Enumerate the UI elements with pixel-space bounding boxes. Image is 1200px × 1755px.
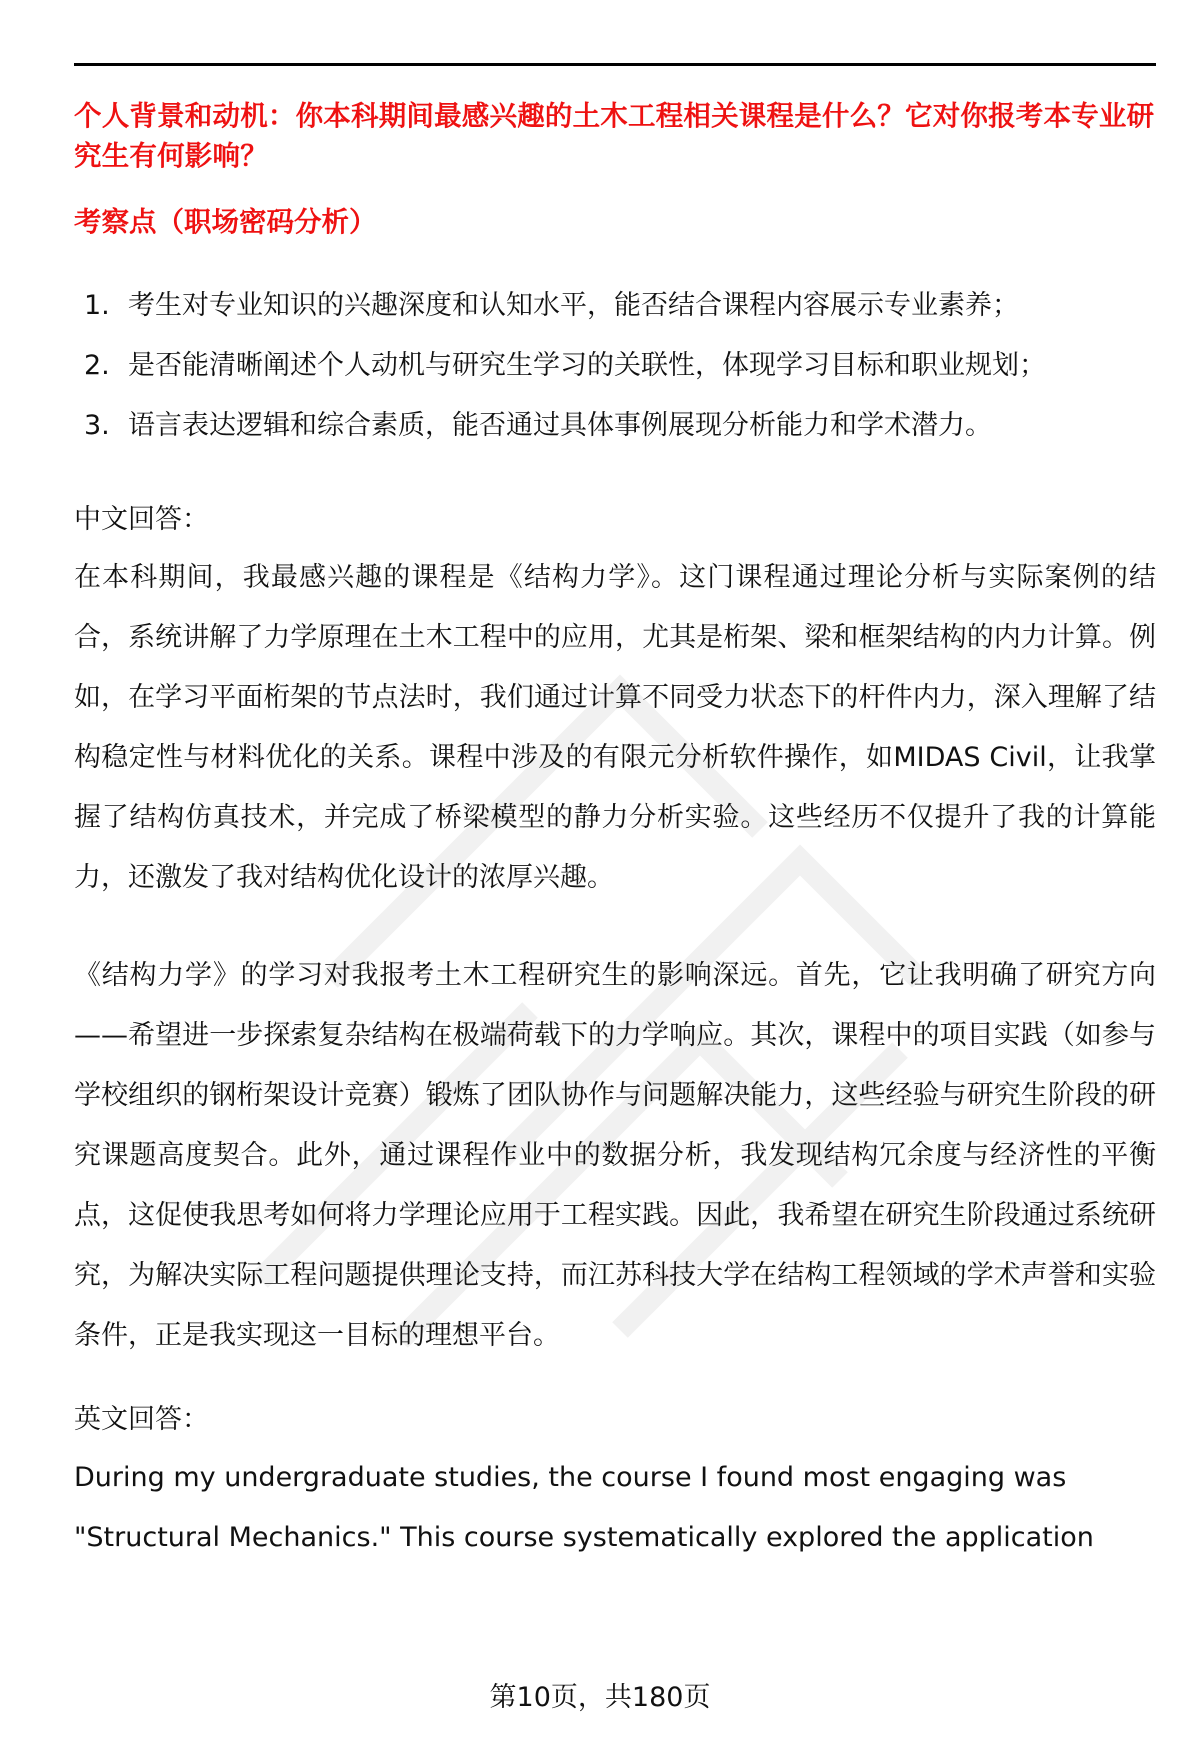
assessment-point: 1. 考生对专业知识的兴趣深度和认知水平，能否结合课程内容展示专业素养； bbox=[74, 276, 1156, 336]
chinese-answer-paragraph: 《结构力学》的学习对我报考土木工程研究生的影响深远。首先，它让我明确了研究方向—… bbox=[74, 946, 1156, 1366]
english-answer-line: During my undergraduate studies, the cou… bbox=[74, 1448, 1156, 1508]
assessment-point-text: 考生对专业知识的兴趣深度和认知水平，能否结合课程内容展示专业素养； bbox=[128, 276, 1019, 336]
chinese-answer-label: 中文回答： bbox=[74, 500, 1156, 540]
list-number: 2. bbox=[74, 336, 128, 396]
assessment-points-list: 1. 考生对专业知识的兴趣深度和认知水平，能否结合课程内容展示专业素养； 2. … bbox=[74, 276, 1156, 456]
question-heading: 个人背景和动机：你本科期间最感兴趣的土木工程相关课程是什么？它对你报考本专业研究… bbox=[74, 96, 1156, 176]
header-rule bbox=[74, 63, 1156, 66]
english-answer-label: 英文回答： bbox=[74, 1400, 1156, 1440]
assessment-point-text: 是否能清晰阐述个人动机与研究生学习的关联性，体现学习目标和职业规划； bbox=[128, 336, 1046, 396]
assessment-label: 考察点（职场密码分析） bbox=[74, 202, 1156, 242]
list-number: 3. bbox=[74, 396, 128, 456]
assessment-point-text: 语言表达逻辑和综合素质，能否通过具体事例展现分析能力和学术潜力。 bbox=[128, 396, 992, 456]
list-number: 1. bbox=[74, 276, 128, 336]
chinese-answer-paragraph: 在本科期间，我最感兴趣的课程是《结构力学》。这门课程通过理论分析与实际案例的结合… bbox=[74, 548, 1156, 908]
assessment-point: 2. 是否能清晰阐述个人动机与研究生学习的关联性，体现学习目标和职业规划； bbox=[74, 336, 1156, 396]
page-indicator: 第10页，共180页 bbox=[0, 1678, 1200, 1718]
english-answer-line: "Structural Mechanics." This course syst… bbox=[74, 1508, 1156, 1568]
assessment-point: 3. 语言表达逻辑和综合素质，能否通过具体事例展现分析能力和学术潜力。 bbox=[74, 396, 1156, 456]
document-page: 个人背景和动机：你本科期间最感兴趣的土木工程相关课程是什么？它对你报考本专业研究… bbox=[0, 0, 1200, 1755]
document-body: 个人背景和动机：你本科期间最感兴趣的土木工程相关课程是什么？它对你报考本专业研究… bbox=[74, 96, 1156, 1568]
